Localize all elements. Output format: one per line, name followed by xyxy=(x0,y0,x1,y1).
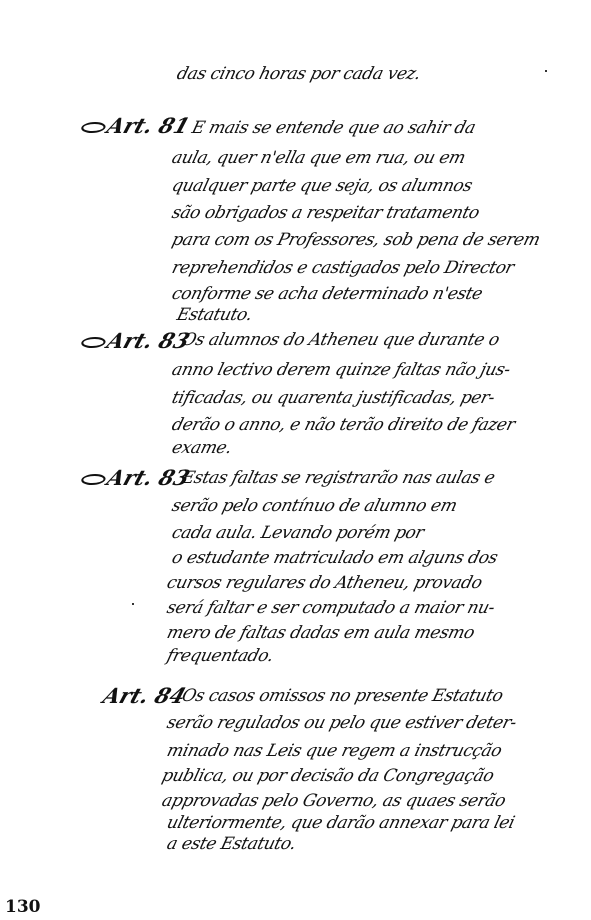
article-line: será faltar e ser computado a maior nu- xyxy=(165,600,496,617)
continuation-line: das cinco horas por cada vez. xyxy=(175,66,422,83)
article-line: a este Estatuto. xyxy=(165,836,298,853)
article-line: aula, quer n'ella que em rua, ou em xyxy=(170,150,467,167)
article-label-text: Art. 84 xyxy=(100,683,189,708)
article-line: publica, ou por decisão da Congregação xyxy=(160,768,495,785)
article-line: qualquer parte que seja, os alumnos xyxy=(170,178,474,195)
article-line: Estatuto. xyxy=(175,307,254,324)
article-line: o estudante matriculado em alguns dos xyxy=(170,550,499,567)
flourish-ornament xyxy=(80,474,108,485)
flourish-ornament xyxy=(80,337,108,348)
article-line: ulteriormente, que darão annexar para le… xyxy=(165,815,516,832)
article-label: Art. 83 xyxy=(78,465,193,490)
article-line: reprehendidos e castigados pelo Director xyxy=(170,260,515,277)
article-line: serão regulados ou pelo que estiver dete… xyxy=(165,715,518,732)
article-line: derão o anno, e não terão direito de faz… xyxy=(170,417,516,434)
article-line: Os alumnos do Atheneu que durante o xyxy=(180,332,501,349)
article-line: mero de faltas dadas em aula mesmo xyxy=(165,625,476,642)
scan-speck xyxy=(545,70,547,72)
article-line: anno lectivo derem quinze faltas não jus… xyxy=(170,362,512,379)
article-line: são obrigados a respeitar tratamento xyxy=(170,205,481,222)
article-line: approvadas pelo Governo, as quaes serão xyxy=(160,793,507,810)
article-label-text: Art. 81 xyxy=(104,113,193,138)
flourish-ornament xyxy=(80,122,108,133)
article-line: cursos regulares do Atheneu, provado xyxy=(165,575,484,592)
article-line: serão pelo contínuo de alumno em xyxy=(170,498,458,515)
article-label: Art. 84 xyxy=(100,683,189,708)
manuscript-page: das cinco horas por cada vez. Art. 81 E … xyxy=(0,0,591,920)
article-line: conforme se acha determinado n'este xyxy=(170,286,484,303)
page-number: 130 xyxy=(5,897,41,917)
article-line: Estas faltas se registrarão nas aulas e xyxy=(180,470,496,487)
article-label: Art. 83 xyxy=(78,328,193,353)
scan-speck xyxy=(132,603,134,605)
article-line: cada aula. Levando porém por xyxy=(170,525,425,542)
article-line: Os casos omissos no presente Estatuto xyxy=(180,688,504,705)
article-line: tificadas, ou quarenta justificadas, per… xyxy=(170,390,496,407)
article-label: Art. 81 xyxy=(78,113,193,138)
article-line: frequentado. xyxy=(165,648,275,665)
article-line: exame. xyxy=(170,440,233,457)
article-line: E mais se entende que ao sahir da xyxy=(190,120,477,137)
article-line: para com os Professores, sob pena de ser… xyxy=(170,232,541,249)
article-line: minado nas Leis que regem a instrucção xyxy=(165,743,503,760)
